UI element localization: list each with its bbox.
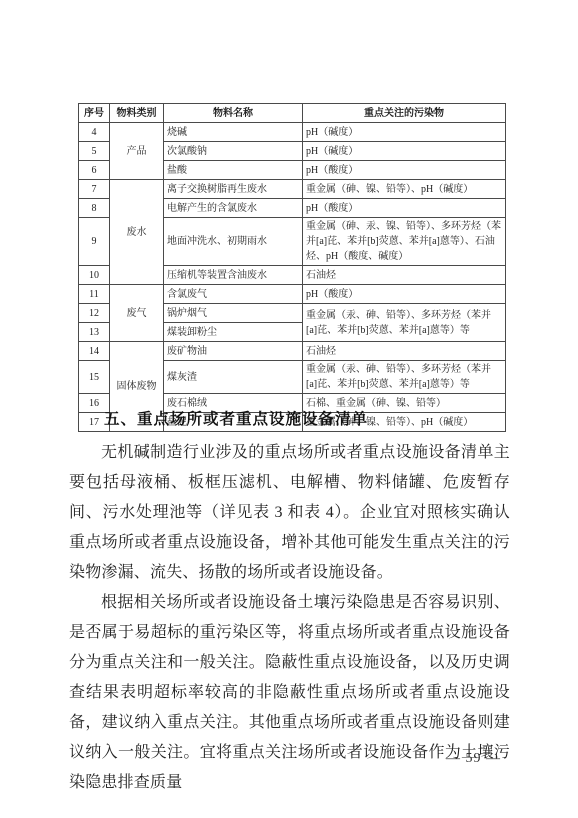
cell-pollutants: pH（酸度） — [303, 199, 506, 218]
table-row: 11 废气 含氯废气 pH（酸度） — [79, 285, 506, 304]
table-row: 14 固体废物 废矿物油 石油烃 — [79, 342, 506, 361]
cell-material-name: 地面冲洗水、初期雨水 — [164, 218, 303, 266]
cell-pollutants: 重金属（汞、砷、铅等）、多环芳烃（苯并[a]芘、苯并[b]荧蒽、苯并[a]蒽等）… — [303, 304, 506, 342]
pollutants-table: 序号 物料类别 物料名称 重点关注的污染物 4 产品 烧碱 pH（碱度） 5 次… — [78, 103, 506, 432]
cell-category: 废水 — [110, 180, 164, 285]
cell-material-name: 离子交换树脂再生废水 — [164, 180, 303, 199]
body-paragraph: 根据相关场所或者设施设备土壤污染隐患是否容易识别、是否属于易超标的重污染区等，将… — [69, 588, 510, 798]
cell-serial: 5 — [79, 142, 110, 161]
cell-pollutants: 重金属（砷、汞、镍、铅等）、多环芳烃（苯并[a]芘、苯并[b]荧蒽、苯并[a]蒽… — [303, 218, 506, 266]
cell-material-name: 次氯酸钠 — [164, 142, 303, 161]
cell-pollutants: pH（碱度） — [303, 142, 506, 161]
cell-pollutants: pH（酸度） — [303, 161, 506, 180]
cell-material-name: 电解产生的含氯废水 — [164, 199, 303, 218]
cell-serial: 11 — [79, 285, 110, 304]
cell-pollutants: 石油烃 — [303, 342, 506, 361]
cell-category: 产品 — [110, 123, 164, 180]
cell-serial: 9 — [79, 218, 110, 266]
page-number: — 59 — — [446, 751, 501, 767]
col-header-material-name: 物料名称 — [164, 104, 303, 123]
table-header-row: 序号 物料类别 物料名称 重点关注的污染物 — [79, 104, 506, 123]
cell-pollutants: pH（碱度） — [303, 123, 506, 142]
cell-material-name: 煤灰渣 — [164, 361, 303, 394]
cell-pollutants: 重金属（汞、砷、铅等）、多环芳烃（苯并[a]芘、苯并[b]荧蒽、苯并[a]蒽等）… — [303, 361, 506, 394]
cell-serial: 13 — [79, 323, 110, 342]
col-header-pollutant: 重点关注的污染物 — [303, 104, 506, 123]
cell-material-name: 煤装卸粉尘 — [164, 323, 303, 342]
cell-serial: 6 — [79, 161, 110, 180]
table-row: 7 废水 离子交换树脂再生废水 重金属（砷、镍、铅等）、pH（碱度） — [79, 180, 506, 199]
cell-serial: 15 — [79, 361, 110, 394]
col-header-serial: 序号 — [79, 104, 110, 123]
cell-pollutants: 石油烃 — [303, 266, 506, 285]
document-page: 序号 物料类别 物料名称 重点关注的污染物 4 产品 烧碱 pH（碱度） 5 次… — [0, 0, 578, 818]
body-paragraph: 无机碱制造行业涉及的重点场所或者重点设施设备清单主要包括母液桶、板框压滤机、电解… — [69, 438, 510, 588]
cell-material-name: 废矿物油 — [164, 342, 303, 361]
cell-material-name: 锅炉烟气 — [164, 304, 303, 323]
section-body: 五、重点场所或者重点设施设备清单 无机碱制造行业涉及的重点场所或者重点设施设备清… — [69, 406, 510, 798]
cell-category: 废气 — [110, 285, 164, 342]
cell-pollutants: pH（酸度） — [303, 285, 506, 304]
cell-serial: 7 — [79, 180, 110, 199]
cell-material-name: 盐酸 — [164, 161, 303, 180]
section-heading: 五、重点场所或者重点设施设备清单 — [69, 406, 510, 433]
cell-pollutants: 重金属（砷、镍、铅等）、pH（碱度） — [303, 180, 506, 199]
cell-material-name: 含氯废气 — [164, 285, 303, 304]
col-header-category: 物料类别 — [110, 104, 164, 123]
cell-serial: 14 — [79, 342, 110, 361]
cell-serial: 8 — [79, 199, 110, 218]
cell-serial: 10 — [79, 266, 110, 285]
cell-material-name: 压缩机等装置含油废水 — [164, 266, 303, 285]
cell-material-name: 烧碱 — [164, 123, 303, 142]
table-row: 4 产品 烧碱 pH（碱度） — [79, 123, 506, 142]
cell-serial: 4 — [79, 123, 110, 142]
cell-serial: 12 — [79, 304, 110, 323]
